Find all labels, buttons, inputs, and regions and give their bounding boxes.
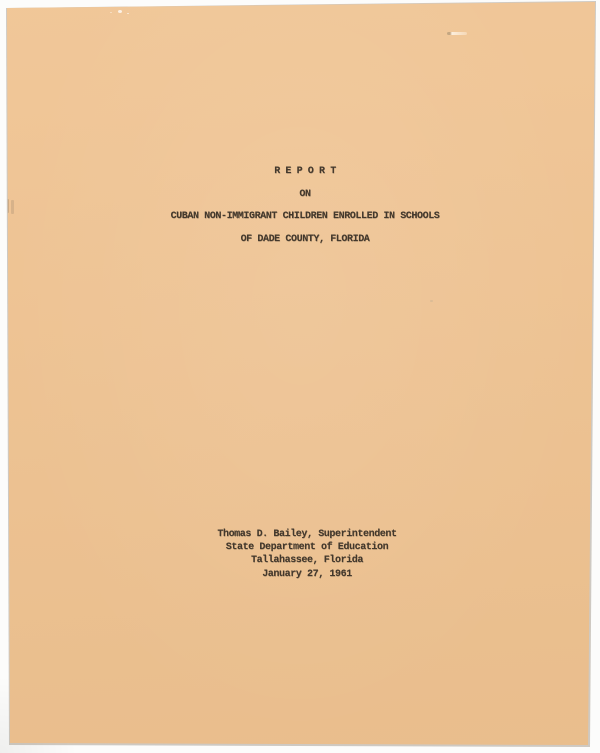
scan-scratch bbox=[447, 32, 467, 35]
date-line: January 27, 1961 bbox=[7, 568, 600, 581]
imprint-block: Thomas D. Bailey, Superintendent State D… bbox=[7, 528, 600, 581]
title-subject-line: CUBAN NON-IMMIGRANT CHILDREN ENROLLED IN… bbox=[5, 206, 600, 229]
superintendent-line: Thomas D. Bailey, Superintendent bbox=[7, 528, 600, 541]
scanner-background: R E P O R T ON CUBAN NON-IMMIGRANT CHILD… bbox=[0, 0, 600, 753]
report-title: R E P O R T bbox=[5, 161, 600, 184]
title-location-line: OF DADE COUNTY, FLORIDA bbox=[5, 229, 600, 252]
department-line: State Department of Education bbox=[7, 541, 600, 554]
title-on: ON bbox=[5, 184, 600, 207]
scan-speck bbox=[430, 300, 433, 302]
title-block: R E P O R T ON CUBAN NON-IMMIGRANT CHILD… bbox=[5, 161, 600, 251]
report-cover-page: R E P O R T ON CUBAN NON-IMMIGRANT CHILD… bbox=[0, 0, 600, 753]
city-state-line: Tallahassee, Florida bbox=[7, 554, 600, 567]
scan-speck bbox=[118, 10, 122, 13]
